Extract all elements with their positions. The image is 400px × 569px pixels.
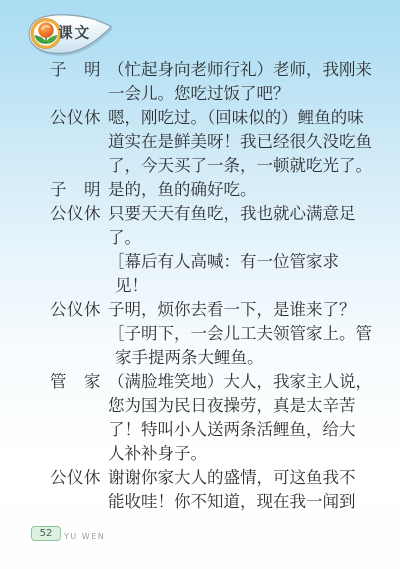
logo-label: 课文 <box>58 23 91 41</box>
dialogue-text: 了！特叫小人送两条活鲤鱼，给大 <box>108 418 384 442</box>
page-number-badge: 52 <box>31 526 61 541</box>
script-line: 公仪休 只要天天有鱼吃，我也就心满意足 <box>50 202 384 226</box>
speaker-name: 管 家 <box>50 370 108 394</box>
script-line: ［幕后有人高喊：有一位管家求 <box>50 250 384 274</box>
speaker-name: 子 明 <box>50 58 108 82</box>
speaker-name: 公仪休 <box>50 466 108 490</box>
dialogue-text: 您为国为民日夜操劳，真是太辛苦 <box>108 394 384 418</box>
script-line: 公仪休 谢谢你家大人的盛情，可这鱼我不 <box>50 466 384 490</box>
script-line: 能收哇！你不知道，现在我一闻到 <box>50 490 384 514</box>
subject-label: YU WEN <box>64 532 105 541</box>
script-line: ［子明下，一会儿工夫领管家上。管 <box>50 322 384 346</box>
script-line: 见！ <box>50 274 384 298</box>
speaker-name: 公仪休 <box>50 298 108 322</box>
script-line: 子 明 （忙起身向老师行礼）老师，我刚来 <box>50 58 384 82</box>
dialogue-text: 谢谢你家大人的盛情，可这鱼我不 <box>108 466 384 490</box>
script-line: 子 明 是的，鱼的确好吃。 <box>50 178 384 202</box>
dialogue-text: 了，今天买了一条，一顿就吃光了。 <box>108 154 384 178</box>
textbook-page: 课文 子 明 （忙起身向老师行礼）老师，我刚来 一会儿。您吃过饭了吧？ 公仪休 … <box>0 0 400 569</box>
script-area: 子 明 （忙起身向老师行礼）老师，我刚来 一会儿。您吃过饭了吧？ 公仪休 嗯，刚… <box>50 58 384 514</box>
speaker-name: 子 明 <box>50 178 108 202</box>
dialogue-text: 了。 <box>108 226 384 250</box>
lesson-text-logo: 课文 <box>23 11 115 58</box>
dialogue-text: 子明，烦你去看一下，是谁来了？ <box>108 298 384 322</box>
script-line: 您为国为民日夜操劳，真是太辛苦 <box>50 394 384 418</box>
script-line: 公仪休 子明，烦你去看一下，是谁来了？ <box>50 298 384 322</box>
dialogue-text: （忙起身向老师行礼）老师，我刚来 <box>108 58 384 82</box>
dialogue-text: 是的，鱼的确好吃。 <box>108 178 384 202</box>
script-line: 了，今天买了一条，一顿就吃光了。 <box>50 154 384 178</box>
lesson-logo-graphic: 课文 <box>23 11 115 58</box>
dialogue-text: 道实在是鲜美呀！我已经很久没吃鱼 <box>108 130 384 154</box>
dialogue-text: ［子明下，一会儿工夫领管家上。管 <box>108 322 384 346</box>
dialogue-text: （满脸堆笑地）大人，我家主人说， <box>108 370 384 394</box>
script-line: 了。 <box>50 226 384 250</box>
script-line: 公仪休 嗯，刚吃过。（回味似的）鲤鱼的味 <box>50 106 384 130</box>
dialogue-text: 见！ <box>108 274 384 298</box>
dialogue-text: 嗯，刚吃过。（回味似的）鲤鱼的味 <box>108 106 384 130</box>
dialogue-text: ［幕后有人高喊：有一位管家求 <box>108 250 384 274</box>
dialogue-text: 一会儿。您吃过饭了吧？ <box>108 82 384 106</box>
script-line: 了！特叫小人送两条活鲤鱼，给大 <box>50 418 384 442</box>
dialogue-text: 能收哇！你不知道，现在我一闻到 <box>108 490 384 514</box>
dialogue-text: 家手提两条大鲤鱼。 <box>108 346 384 370</box>
dialogue-text: 人补补身子。 <box>108 442 384 466</box>
script-line: 一会儿。您吃过饭了吧？ <box>50 82 384 106</box>
script-line: 家手提两条大鲤鱼。 <box>50 346 384 370</box>
speaker-name: 公仪休 <box>50 106 108 130</box>
sun-flower-icon <box>31 19 61 49</box>
speaker-name: 公仪休 <box>50 202 108 226</box>
page-footer: 52 YU WEN <box>31 526 105 541</box>
dialogue-text: 只要天天有鱼吃，我也就心满意足 <box>108 202 384 226</box>
script-line: 道实在是鲜美呀！我已经很久没吃鱼 <box>50 130 384 154</box>
script-line: 管 家 （满脸堆笑地）大人，我家主人说， <box>50 370 384 394</box>
script-line: 人补补身子。 <box>50 442 384 466</box>
